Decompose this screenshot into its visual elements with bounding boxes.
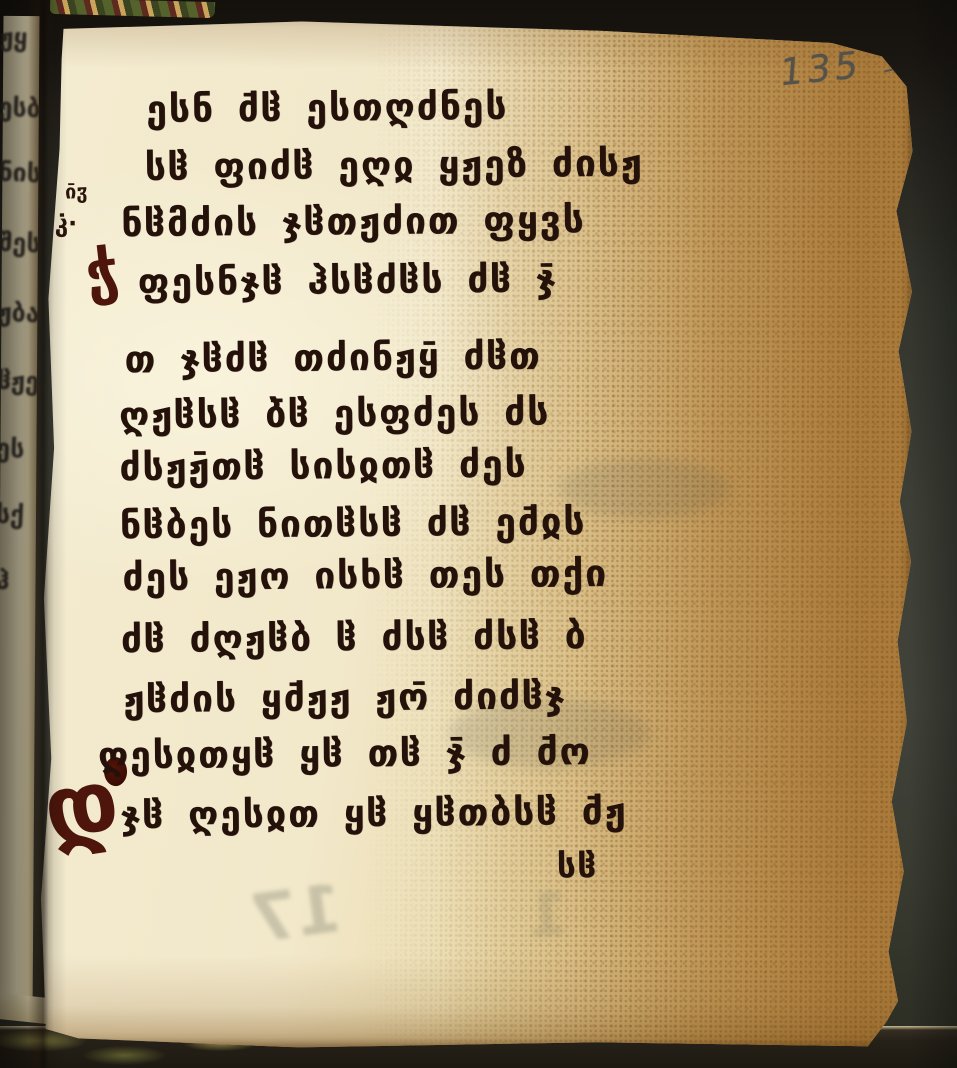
facing-text-fragment: უშეს [0, 227, 38, 258]
manuscript-text-line: სჱ [557, 849, 598, 882]
manuscript-text-line: ჯჱ ღესჲთ ყჱ ყჱთბსჱ ძ̄ჟ [120, 793, 627, 834]
manuscript-text-line: ნჱბეს ნითჱსჱ ძჱ ეძ̄ჲს [120, 503, 587, 544]
manuscript-text-line: ძჱ ძღჟჱბ ჱ ძსჱ ძსჱ ბ [121, 617, 588, 658]
manuscript-photograph: ბჟყ შესბ ჟნის უშეს მჟბა სჱჟე ჰეს ესქ ჟჰ … [0, 0, 957, 1068]
facing-text-fragment: სჱჟე [0, 365, 38, 396]
manuscript-text-line: ძსჟჟ̄თჱ სისჲთჱ ძეს [119, 446, 527, 487]
facing-text-fragment: ჰეს [0, 433, 37, 464]
manuscript-text-line: ნჱმძის ჯჱთჟძით ფყვს [121, 201, 586, 242]
manuscript-text-line: ძეს ეჟო ისხჱ თეს თქი [122, 555, 608, 596]
facing-text-fragment: ბჟყ [0, 22, 40, 53]
manuscript-text-line: ფესნჯჱ ჰსჱძჱს ძჱ ჯ̄ [138, 260, 558, 301]
facing-text-fragment: ესქ [0, 499, 37, 530]
manuscript-text-line: თ ჯჱძჱ თძინჟყ̄ ძჱთ [124, 337, 542, 378]
manuscript-text-line: ღესჲთყჱ ყჱ თჱ ჯ̄ ძ ძ̄ო [98, 733, 592, 774]
pencil-ghost-mark: 17 [246, 870, 347, 959]
facing-text-fragment: მჟბა [0, 297, 38, 328]
manuscript-text-line: ესნ ძ̄ჱ ესთღძნეს [146, 88, 508, 128]
margin-gloss: ი̄ჳ [65, 179, 88, 203]
manuscript-text-line: ღჟჱსჱ ბ̄ჱ ესფძეს ძს [119, 393, 551, 434]
manuscript-page: 135 ― ი̄ჳ ჱკ̇· ჭ დ ესნ ძ̄ჱ ესთღძნეს სჱ ფ… [28, 16, 914, 1049]
facing-text-fragment: შესბ [0, 92, 39, 123]
manuscript-text-line: ჟჱძის ყძ̄ჟჟ ჟო̄ ძიძჱჯ [123, 677, 566, 718]
manuscript-text-line: სჱ ფიძჱ ეღჲ ყჟეზ ძისჟ [145, 144, 644, 185]
margin-gloss: ჱკ̇· [41, 209, 77, 237]
pencil-ghost-mark: 1 [524, 879, 571, 952]
binding-endband [50, 0, 215, 18]
text-block: ი̄ჳ ჱკ̇· ჭ დ ესნ ძ̄ჱ ესთღძნეს სჱ ფიძჱ ეღ… [26, 14, 917, 1052]
facing-text-fragment: ჟნის [0, 157, 39, 188]
facing-text-fragment: ჟჰ [0, 565, 36, 596]
decorated-initial: ჭ [83, 242, 122, 303]
facing-page-edge: ბჟყ შესბ ჟნის უშეს მჟბა სჱჟე ჰეს ესქ ჟჰ [0, 16, 39, 1016]
